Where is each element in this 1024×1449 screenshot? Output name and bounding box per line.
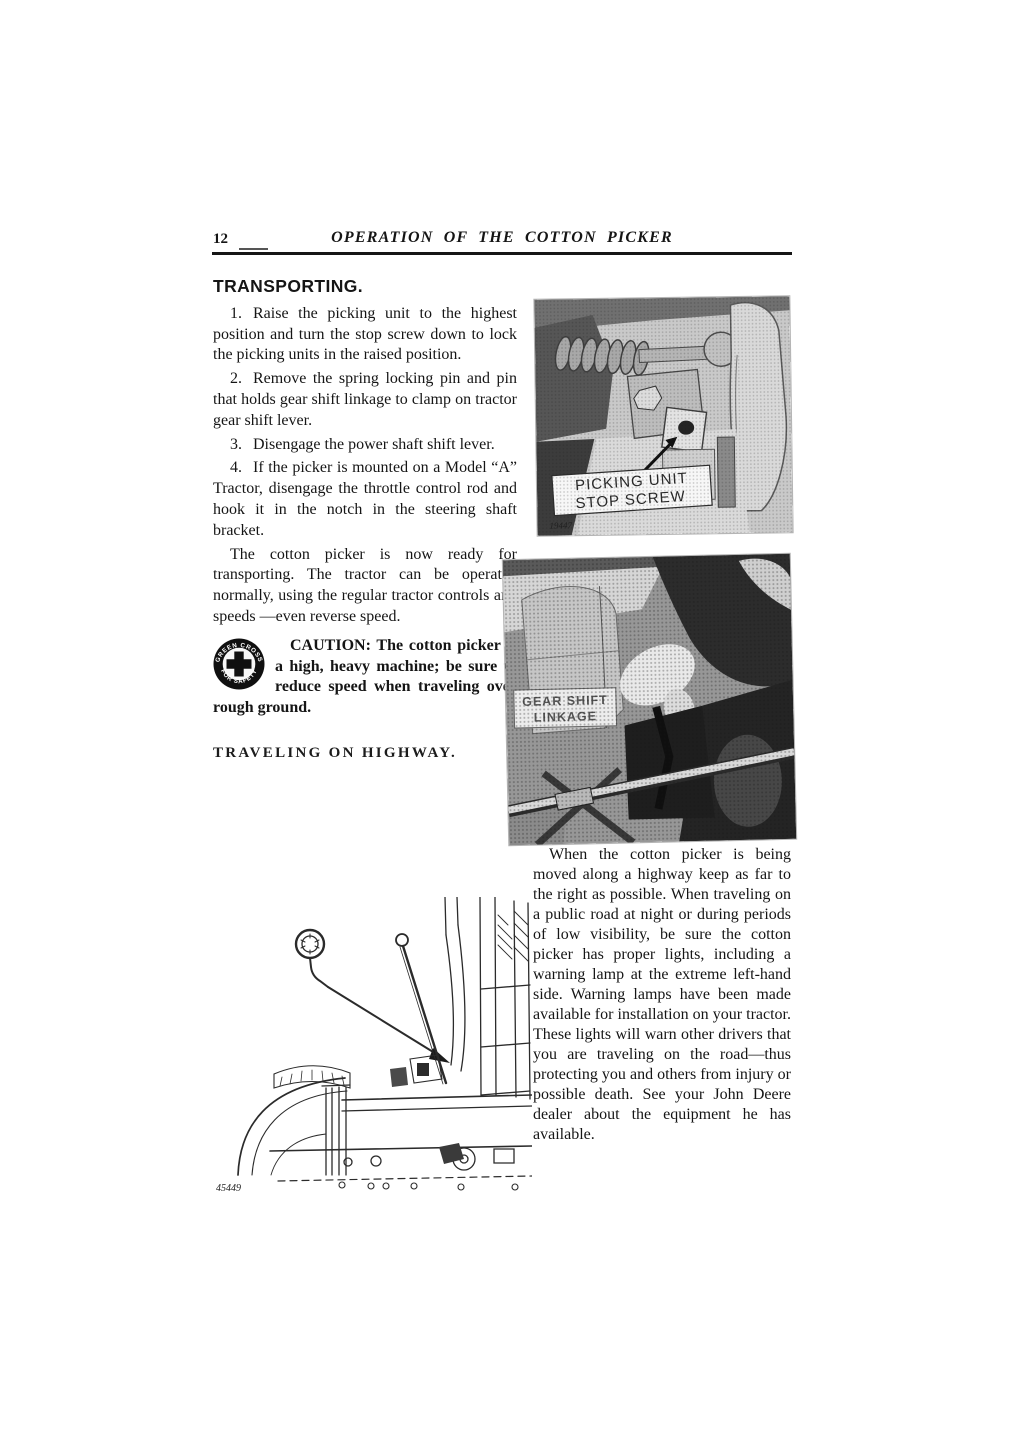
traveling-paragraph: When the cotton picker is being moved al…	[533, 845, 791, 1145]
gear-lever-knob-shape	[396, 934, 408, 946]
green-cross-safety-icon: GREEN CROSS FOR SAFETY	[213, 638, 265, 690]
step-number: 2.	[230, 370, 242, 387]
transporting-heading: TRANSPORTING.	[213, 276, 517, 297]
step-text: If the picker is mounted on a Model “A” …	[213, 459, 517, 538]
figure-drawing-highway-tractor: 45449	[214, 897, 532, 1197]
step-paragraph-1: 1.Raise the picking unit to the highest …	[213, 304, 517, 366]
ready-paragraph: The cotton picker is now ready for trans…	[213, 545, 517, 628]
step-number: 4.	[230, 459, 242, 476]
step-paragraph-3: 3.Disengage the power shaft shift lever.	[213, 435, 517, 456]
traveling-heading: TRAVELING ON HIGHWAY.	[213, 743, 517, 764]
caution-label: CAUTION:	[290, 637, 371, 654]
header-rule-dash	[239, 248, 268, 250]
step-text: Remove the spring locking pin and pin th…	[213, 370, 517, 429]
header-rule	[212, 252, 792, 255]
figure-photo-stop-screw: PICKING UNIT STOP SCREW 19447	[534, 296, 792, 536]
step-number: 1.	[230, 305, 242, 322]
step-number: 3.	[230, 436, 242, 453]
step-paragraph-4: 4.If the picker is mounted on a Model “A…	[213, 458, 517, 541]
figure-photo-gear-shift-linkage: GEAR SHIFT LINKAGE	[503, 554, 796, 845]
manual-page: 12 OPERATION OF THE COTTON PICKER TRANSP…	[0, 0, 1024, 1449]
left-text-column: TRANSPORTING. 1.Raise the picking unit t…	[213, 276, 517, 764]
figure-number: 45449	[216, 1183, 241, 1194]
step-text: Raise the picking unit to the highest po…	[213, 305, 517, 364]
caution-block: GREEN CROSS FOR SAFETY CAUTION: The cott…	[213, 636, 517, 719]
right-text-column: When the cotton picker is being moved al…	[533, 845, 791, 1145]
running-header-title: OPERATION OF THE COTTON PICKER	[213, 229, 791, 247]
step-paragraph-2: 2.Remove the spring locking pin and pin …	[213, 369, 517, 431]
step-text: Disengage the power shaft shift lever.	[253, 436, 495, 453]
